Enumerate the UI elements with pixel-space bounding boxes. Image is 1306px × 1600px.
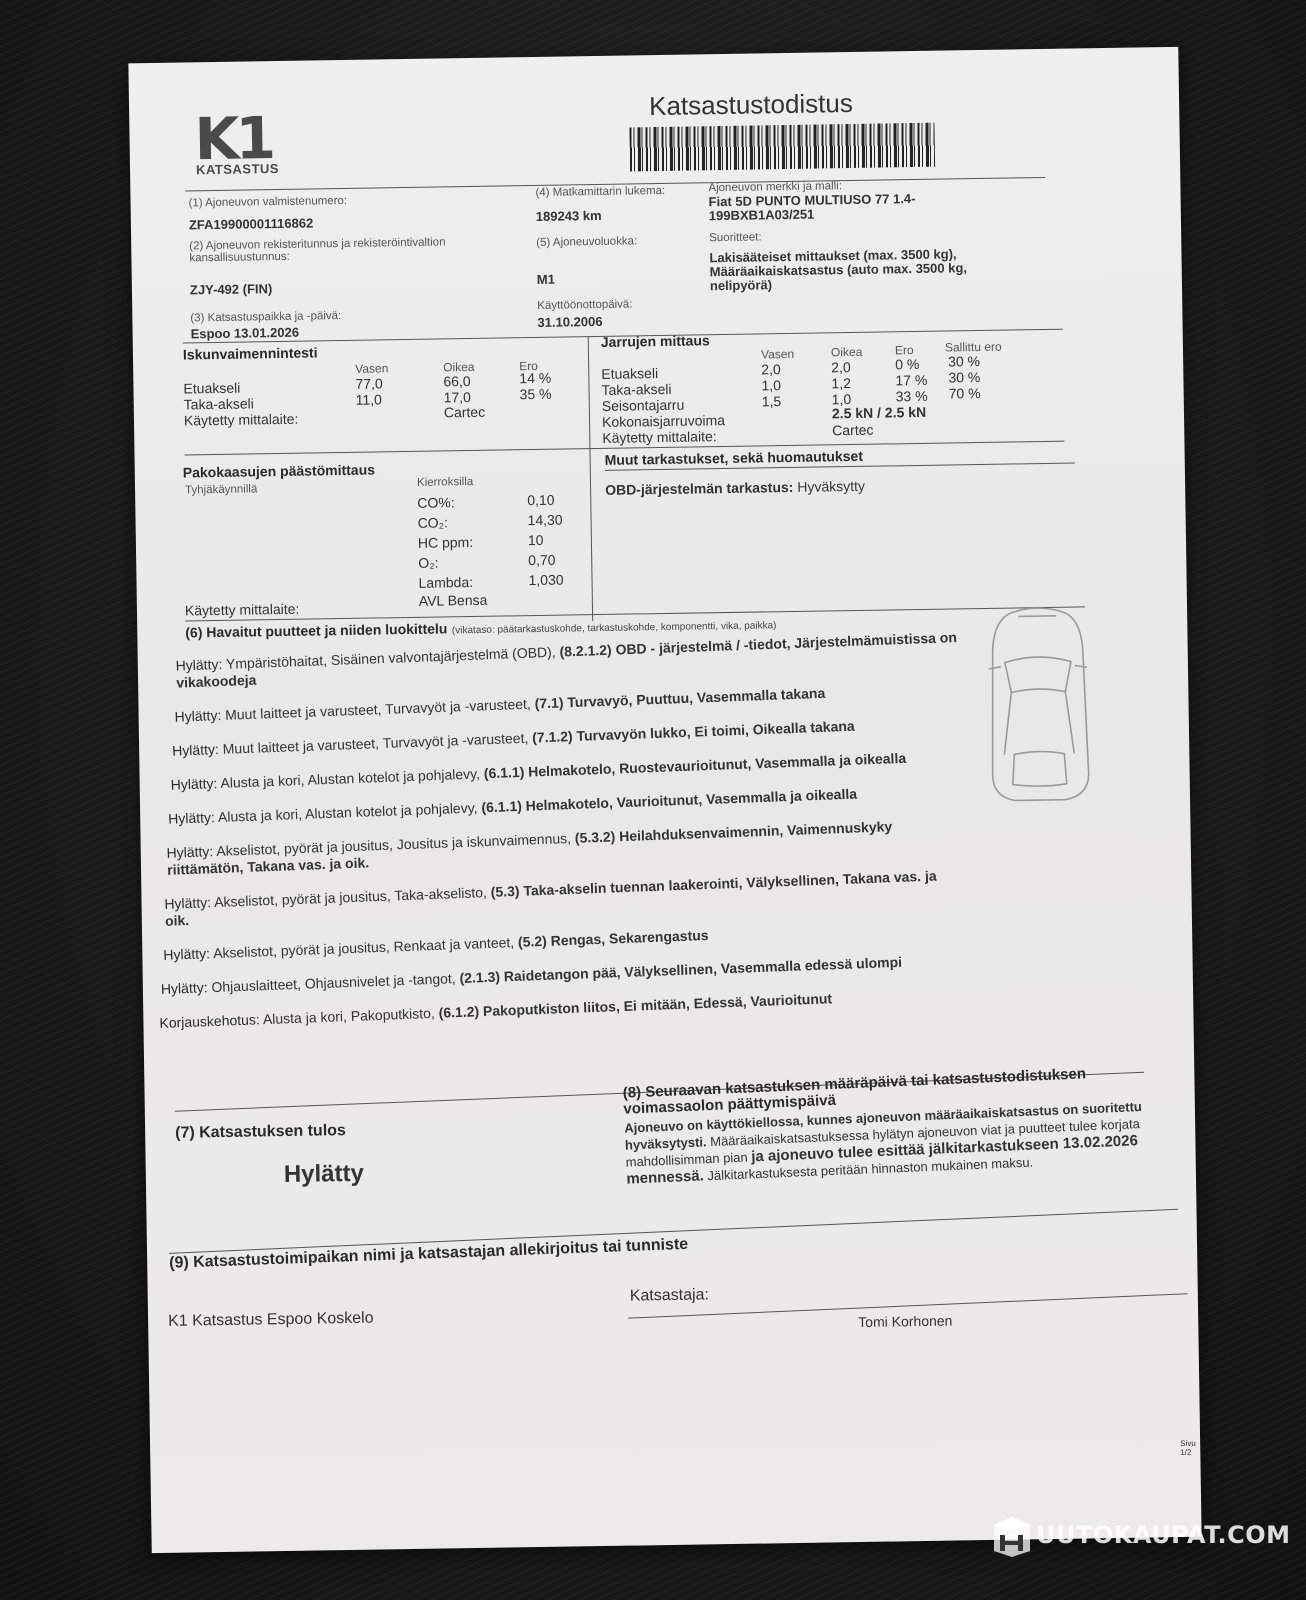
brake-row-label: Taka-akseli — [601, 381, 671, 398]
divider — [588, 336, 593, 621]
brake-device-label: Käytetty mittalaite: — [602, 428, 717, 446]
k1-logo-subtitle: KATSASTUS — [196, 161, 279, 177]
shock-header-left: Vasen — [355, 361, 388, 376]
defect-status: Hylätty — [174, 707, 217, 725]
obd-check: OBD-järjestelmän tarkastus: Hyväksytty — [605, 478, 865, 498]
watermark-text: UUTOKAUPAT.COM — [1036, 1521, 1291, 1549]
make-model-line2: 199BXB1A03/251 — [709, 207, 815, 224]
page-number: Sivu 1/2 — [1180, 1439, 1200, 1457]
obd-check-value: Hyväksytty — [797, 478, 865, 495]
odometer-value: 189243 km — [536, 208, 602, 224]
brake-total-value: 2.5 kN / 2.5 kN — [832, 404, 926, 421]
brake-total-label: Kokonaisjarruvoima — [602, 412, 725, 430]
shock-row-left: 77,0 — [355, 375, 382, 391]
first-use-label: Käyttöönottopäivä: — [537, 298, 632, 311]
defect-status: Hylätty — [170, 775, 213, 793]
defect-status: Hylätty — [163, 945, 206, 963]
document-title: Katsastustodistus — [649, 88, 853, 122]
brake-row-left: 1,0 — [761, 377, 781, 393]
inspector-name: Tomi Korhonen — [858, 1313, 952, 1330]
emission-label: CO%: — [417, 494, 455, 511]
brake-row-left: 1,5 — [762, 393, 782, 409]
brake-device-value: Cartec — [832, 422, 873, 439]
emission-value: 10 — [528, 532, 544, 548]
brake-row-diff: 0 % — [895, 356, 919, 372]
defect-location: Akselistot, pyörät ja jousitus, Taka-aks… — [214, 884, 487, 910]
emission-label: Lambda: — [418, 574, 473, 591]
defect-list: Hylätty: Ympäristöhaitat, Sisäinen valvo… — [176, 645, 982, 1032]
first-use-value: 31.10.2006 — [537, 314, 602, 330]
emission-label: HC ppm: — [418, 534, 473, 551]
brake-row-label: Etuakseli — [601, 365, 658, 382]
k1-logo-mark: K1 — [194, 109, 272, 168]
performed-line3: nelipyörä) — [710, 277, 772, 293]
barcode-icon — [629, 123, 935, 172]
result-title: (7) Katsastuksen tulos — [175, 1122, 346, 1143]
brake-row-right: 2,0 — [831, 359, 851, 375]
brake-row-allowed: 70 % — [949, 385, 981, 401]
defect-location: Akselistot, pyörät ja jousitus, Jousitus… — [216, 830, 571, 859]
emission-value: 0,70 — [528, 552, 555, 568]
other-checks-title: Muut tarkastukset, sekä huomautukset — [605, 448, 864, 468]
station-name: K1 Katsastus Espoo Koskelo — [168, 1310, 374, 1331]
obd-check-label: OBD-järjestelmän tarkastus: — [605, 479, 794, 498]
watermark: UUTOKAUPAT.COM — [990, 1513, 1291, 1557]
shock-test-title: Iskunvaimennintesti — [183, 344, 318, 362]
vin-value: ZFA19900001116862 — [189, 215, 314, 232]
performed-line2: Määräaikaiskatsastus (auto max. 3500 kg, — [710, 260, 967, 279]
emissions-title: Pakokaasujen päästömittaus — [183, 462, 375, 481]
brake-row-right: 1,2 — [831, 375, 851, 391]
emissions-rpm-label: Kierroksilla — [417, 476, 473, 489]
brake-header-right: Oikea — [831, 345, 863, 359]
brake-test-title: Jarrujen mittaus — [601, 332, 710, 350]
defect-detail: (6.1.1) Helmakotelo, Ruostevaurioitunut,… — [483, 750, 906, 781]
defect-status: Korjauskehotus — [159, 1011, 256, 1031]
defect-detail: (6.1.2) Pakoputkiston liitos, Ei mitään,… — [438, 990, 832, 1020]
place-date-value: Espoo 13.01.2026 — [191, 325, 300, 342]
defect-item: Hylätty: Akselistot, pyörät ja jousitus,… — [166, 816, 967, 879]
car-diagram-icon — [982, 603, 1095, 805]
defect-item: Hylätty: Akselistot, pyörät ja jousitus,… — [164, 867, 965, 930]
shock-row-diff: 35 % — [519, 386, 551, 402]
inspection-certificate: K1 KATSASTUS Katsastustodistus (1) Ajone… — [128, 47, 1201, 1553]
vehicle-class-value: M1 — [537, 272, 555, 287]
defect-location: Muut laitteet ja varusteet, Turvavyöt ja… — [222, 730, 528, 757]
emission-label: O₂: — [418, 555, 438, 571]
emissions-device-value: AVL Bensa — [419, 592, 488, 609]
shock-device-label: Käytetty mittalaite: — [184, 411, 299, 429]
defect-status: Hylätty — [168, 809, 211, 827]
defect-detail: (7.1) Turvavyö, Puuttuu, Vasemmalla taka… — [534, 685, 825, 712]
defect-status: Hylätty — [172, 741, 215, 759]
shock-row-diff: 14 % — [519, 370, 551, 386]
defect-detail: (2.1.3) Raidetangon pää, Välyksellinen, … — [459, 954, 902, 986]
shock-row-label: Etuakseli — [183, 380, 240, 397]
defect-status: Hylätty — [164, 894, 207, 912]
vehicle-class-label: (5) Ajoneuvoluokka: — [536, 235, 637, 249]
shock-row-right: 17,0 — [444, 389, 471, 405]
emissions-idle-label: Tyhjäkäynnillä — [185, 483, 257, 496]
brake-row-allowed: 30 % — [948, 353, 980, 369]
defect-location: Ohjauslaitteet, Ohjausnivelet ja -tangot… — [211, 970, 456, 995]
defect-detail: (7.1.2) Turvavyön lukko, Ei toimi, Oikea… — [532, 718, 855, 746]
emission-value: 0,10 — [527, 492, 554, 508]
brake-row-diff: 17 % — [895, 372, 927, 388]
brake-header-left: Vasen — [761, 347, 794, 362]
place-date-label: (3) Katsastuspaikka ja -päivä: — [190, 310, 341, 324]
performed-label: Suoritteet: — [709, 231, 762, 244]
defect-location: Alusta ja kori, Alustan kotelot ja pohja… — [220, 765, 480, 791]
next-inspection-section: (8) Seuraavan katsastuksen määräpäivä ta… — [622, 1063, 1166, 1188]
defect-location: Ympäristöhaitat, Sisäinen valvontajärjes… — [226, 644, 556, 672]
brake-row-allowed: 30 % — [948, 369, 980, 385]
registration-value: ZJY-492 (FIN) — [190, 281, 273, 297]
emission-label: CO₂: — [417, 514, 448, 530]
result-value: Hylätty — [284, 1160, 364, 1189]
defect-location: Muut laitteet ja varusteet, Turvavyöt ja… — [224, 696, 530, 723]
emissions-device-label: Käytetty mittalaite: — [185, 601, 300, 619]
defects-subtitle: (vikataso: päätarkastuskohde, tarkastusk… — [452, 620, 777, 636]
emission-value: 14,30 — [527, 512, 562, 529]
defects-title: (6) Havaitut puutteet ja niiden luokitte… — [185, 620, 447, 640]
brake-row-diff: 33 % — [896, 388, 928, 404]
shock-device-value: Cartec — [444, 404, 485, 421]
shock-row-right: 66,0 — [443, 373, 470, 389]
huutokaupat-logo-icon — [990, 1513, 1034, 1557]
shock-row-left: 11,0 — [356, 391, 382, 407]
shock-row-label: Taka-akseli — [184, 395, 254, 412]
brake-row-left: 2,0 — [761, 361, 781, 377]
defect-location: Alusta ja kori, Alustan kotelot ja pohja… — [218, 799, 478, 825]
defect-location: Alusta ja kori, Pakoputkisto, — [262, 1005, 434, 1027]
defect-location: Akselistot, pyörät ja jousitus, Renkaat … — [212, 934, 514, 961]
defect-status: Hylätty — [161, 979, 204, 997]
odometer-label: (4) Matkamittarin lukema: — [535, 185, 665, 199]
registration-label: (2) Ajoneuvon rekisteritunnus ja rekiste… — [189, 236, 499, 265]
emission-value: 1,030 — [528, 572, 563, 589]
defect-status: Hylätty — [175, 656, 218, 674]
defect-detail: (6.1.1) Helmakotelo, Vaurioitunut, Vasem… — [481, 786, 857, 816]
defect-detail: (5.2) Rengas, Sekarengastus — [517, 927, 708, 950]
vin-label: (1) Ajoneuvon valmistenumero: — [188, 195, 347, 209]
inspector-label: Katsastaja: — [630, 1286, 709, 1305]
defect-status: Hylätty — [166, 843, 209, 861]
brake-row-label: Seisontajarru — [602, 397, 685, 414]
